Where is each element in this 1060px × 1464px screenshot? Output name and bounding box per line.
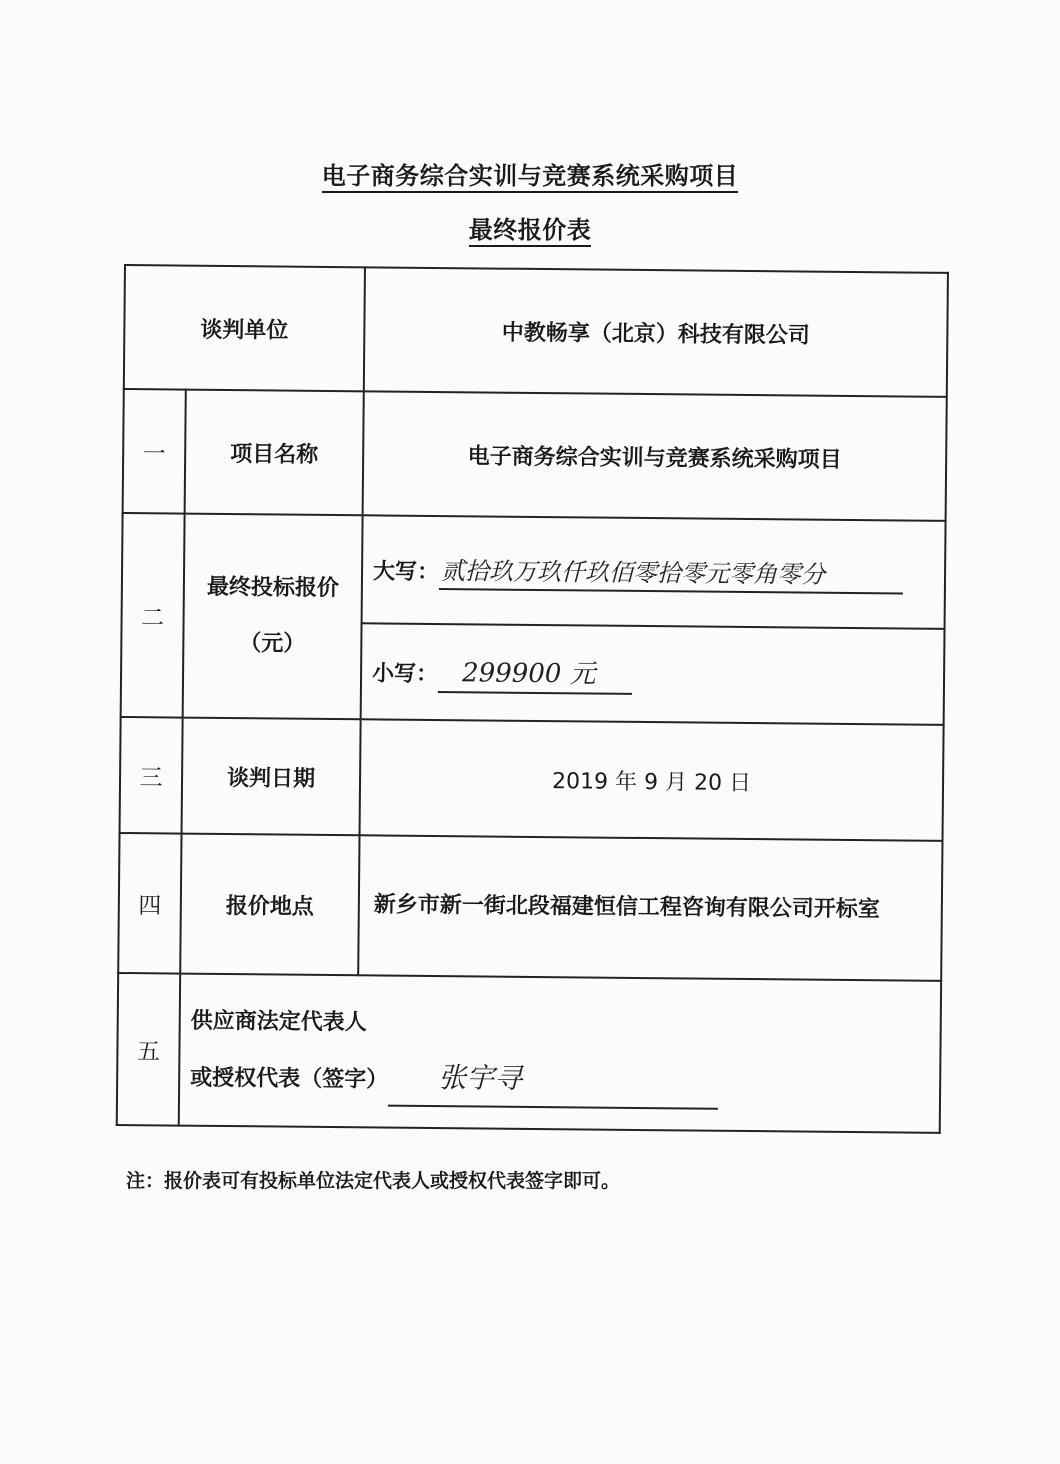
- signature-label-line2: 或授权代表（签字）张宇寻: [190, 1048, 940, 1112]
- price-label: 最终投标报价 （元）: [183, 514, 363, 720]
- quotation-table: 谈判单位 中教畅享（北京）科技有限公司 一 项目名称 电子商务综合实训与竞赛系统…: [116, 264, 949, 1134]
- project-value: 电子商务综合实训与竞赛系统采购项目: [363, 391, 947, 521]
- project-label: 项目名称: [185, 390, 364, 516]
- price-label-line1: 最终投标报价: [185, 560, 362, 618]
- price-label-line2: （元）: [184, 616, 361, 674]
- signature-value: 张宇寻: [388, 1050, 719, 1109]
- row-number: 五: [117, 973, 180, 1126]
- row-number: 一: [123, 389, 186, 514]
- date-value: 2019 年 9 月 20 日: [360, 719, 944, 841]
- signature-label-line1: 供应商法定代表人: [190, 994, 939, 1055]
- document-page: 电子商务综合实训与竞赛系统采购项目 最终报价表 谈判单位 中教畅享（北京）科技有…: [0, 0, 1060, 1464]
- unit-value: 中教畅享（北京）科技有限公司: [364, 267, 948, 397]
- unit-label: 谈判单位: [124, 265, 365, 391]
- document-title: 电子商务综合实训与竞赛系统采购项目: [0, 156, 1060, 191]
- signature-cell: 供应商法定代表人 或授权代表（签字）张宇寻: [179, 974, 941, 1133]
- table-row-place: 四 报价地点 新乡市新一街北段福建恒信工程咨询有限公司开标室: [118, 833, 942, 981]
- row-number: 四: [118, 833, 181, 974]
- document-subtitle: 最终报价表: [0, 210, 1060, 245]
- price-upper-label: 大写：: [373, 559, 439, 585]
- table-row-price-upper: 二 最终投标报价 （元） 大写：贰拾玖万玖仟玖佰零拾零元零角零分: [122, 513, 946, 629]
- table-row-date: 三 谈判日期 2019 年 9 月 20 日: [120, 717, 944, 841]
- price-upper-value: 贰拾玖万玖仟玖佰零拾零元零角零分: [439, 551, 903, 594]
- row-number: 二: [121, 513, 185, 718]
- footnote: 注：报价表可有投标单位法定代表人或授权代表签字即可。: [126, 1166, 620, 1193]
- price-lower-value: 299900 元: [438, 652, 632, 695]
- price-upper-cell: 大写：贰拾玖万玖仟玖佰零拾零元零角零分: [362, 515, 946, 629]
- row-number: 三: [120, 717, 183, 834]
- table-row-project: 一 项目名称 电子商务综合实训与竞赛系统采购项目: [123, 389, 947, 521]
- place-label: 报价地点: [180, 834, 359, 976]
- table-row-signature: 五 供应商法定代表人 或授权代表（签字）张宇寻: [117, 973, 941, 1133]
- price-lower-cell: 小写：299900 元: [361, 623, 945, 725]
- price-lower-label: 小写：: [372, 661, 438, 687]
- date-label: 谈判日期: [182, 718, 361, 836]
- table-row-unit: 谈判单位 中教畅享（北京）科技有限公司: [124, 265, 948, 397]
- place-value: 新乡市新一街北段福建恒信工程咨询有限公司开标室: [358, 835, 942, 981]
